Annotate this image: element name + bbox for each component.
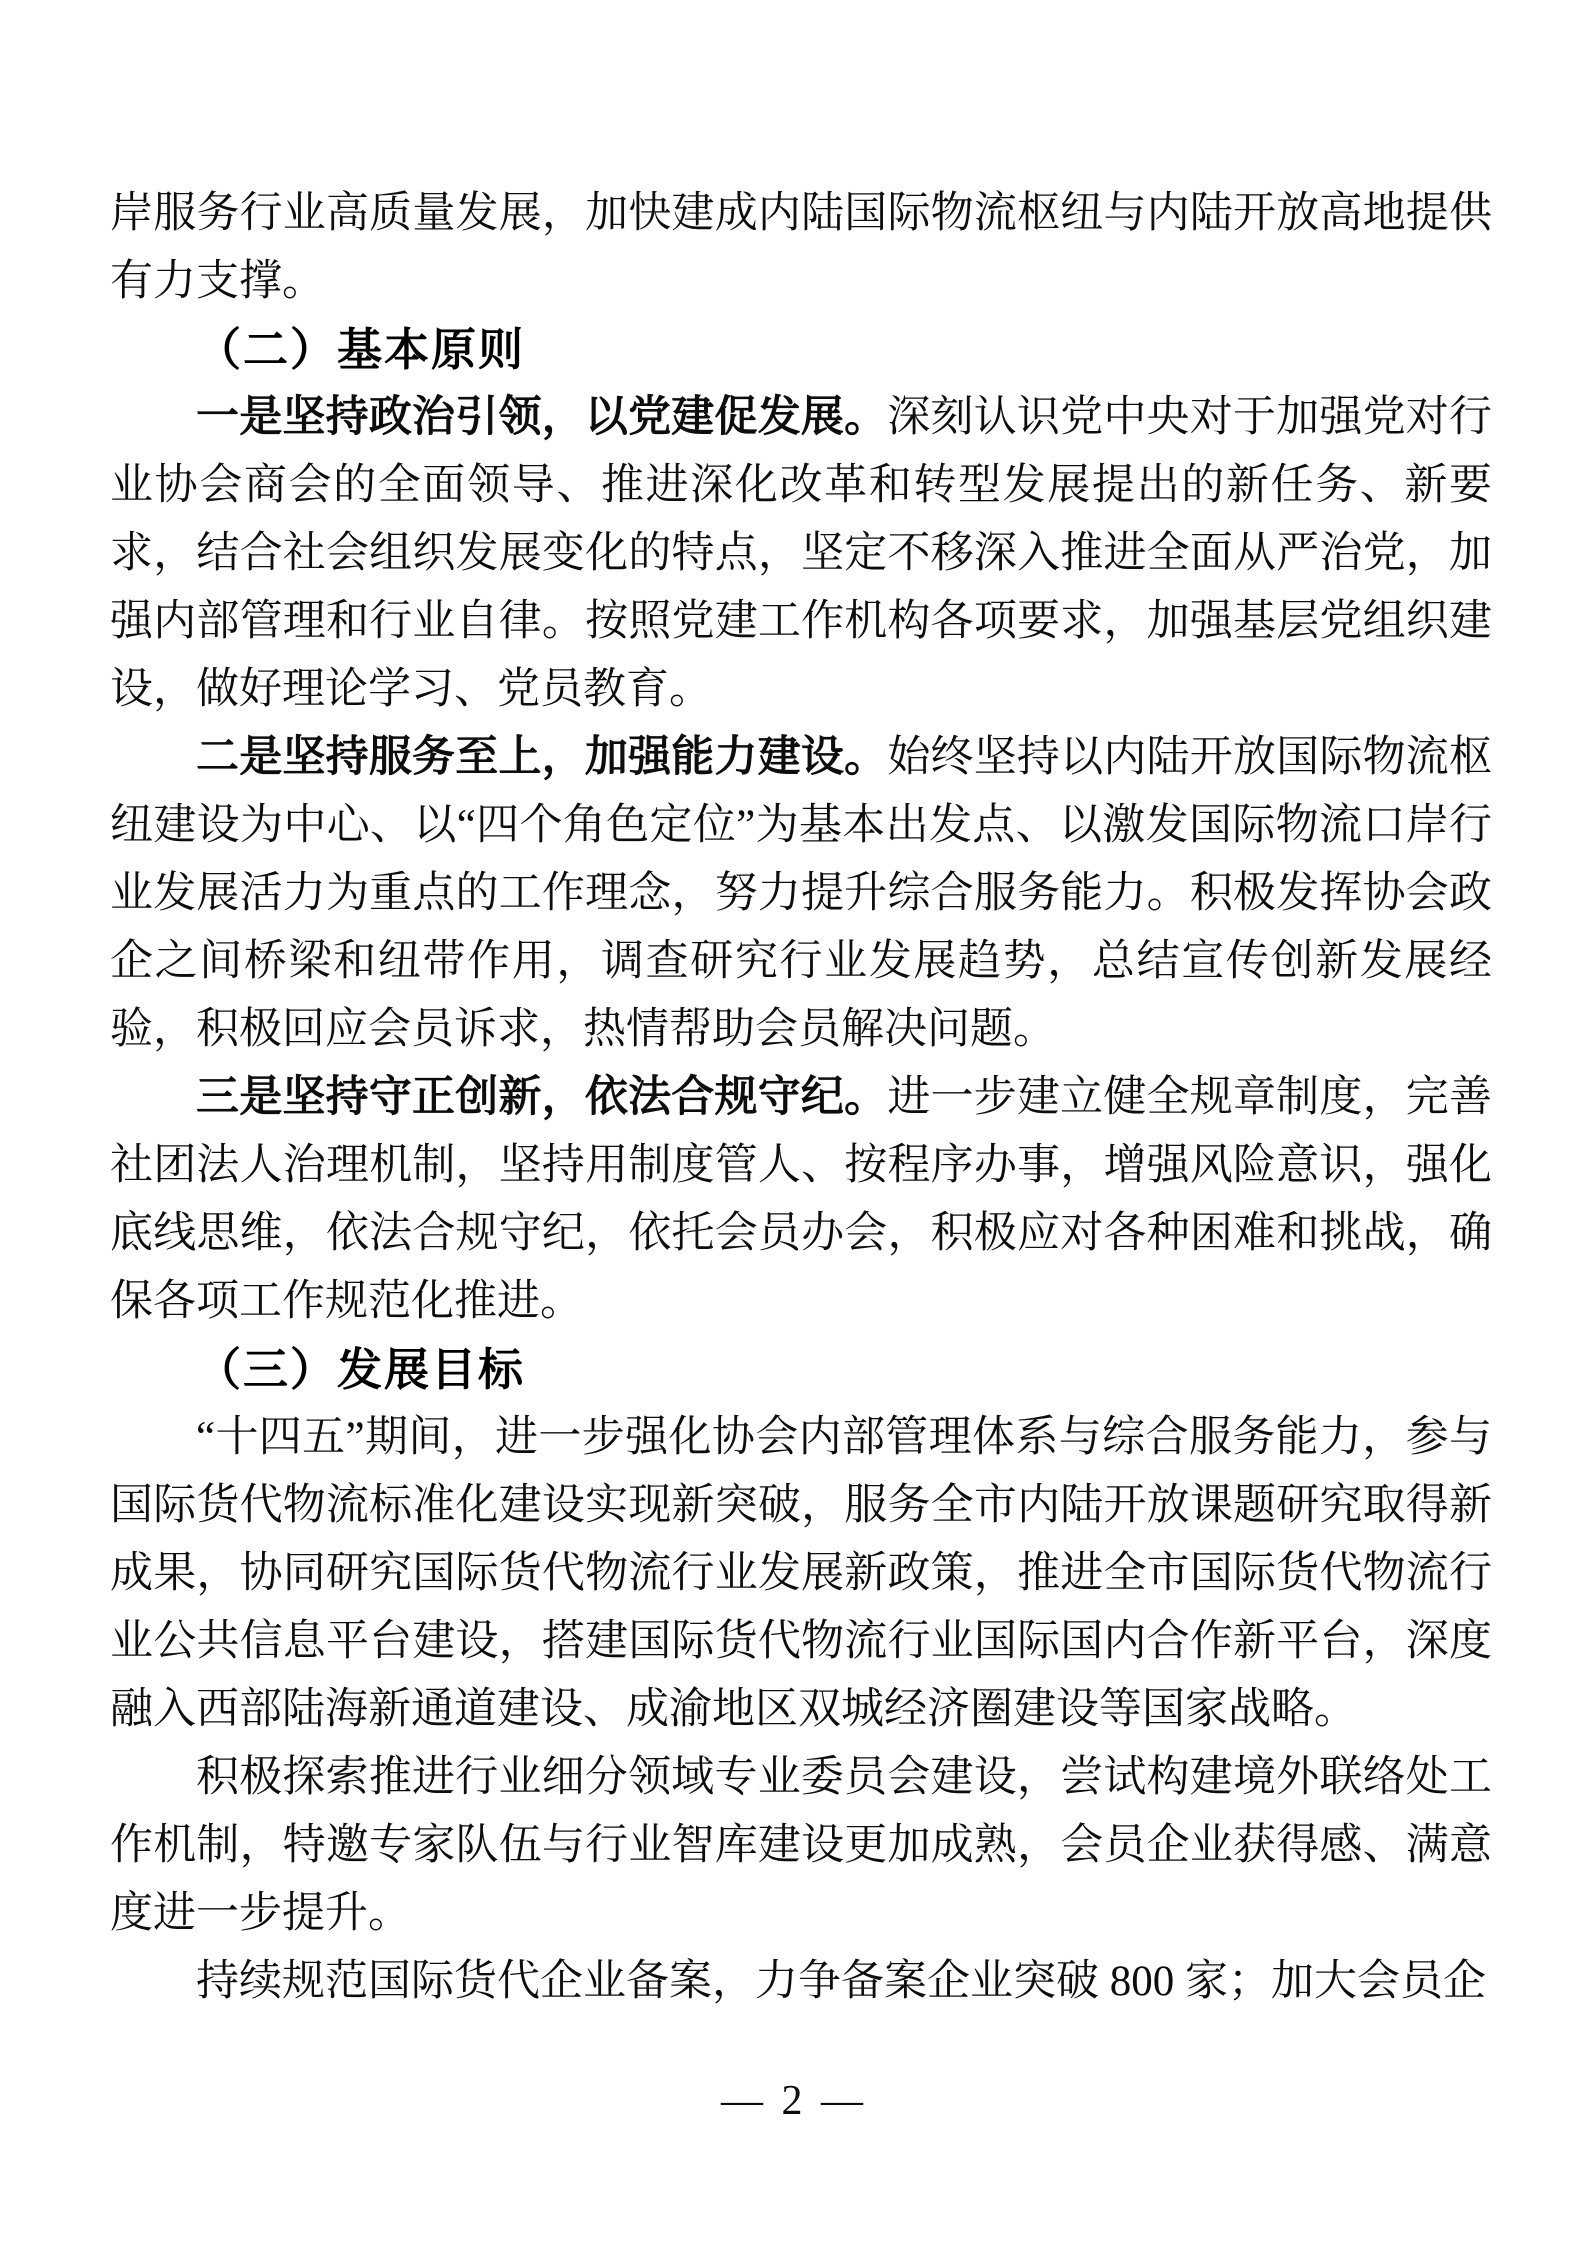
paragraph-continuation: 岸服务行业高质量发展，加快建成内陆国际物流枢纽与内陆开放高地提供有力支撑。 <box>110 180 1492 316</box>
page-body: 岸服务行业高质量发展，加快建成内陆国际物流枢纽与内陆开放高地提供有力支撑。 （二… <box>110 180 1492 2016</box>
page-number: — 2 — <box>0 2076 1588 2126</box>
paragraph-filing-target: 持续规范国际货代企业备案，力争备案企业突破 800 家；加大会员企 <box>110 1948 1492 2016</box>
paragraph-second-principle: 二是坚持服务至上，加强能力建设。始终坚持以内陆开放国际物流枢纽建设为中心、以“四… <box>110 724 1492 1064</box>
paragraph-14th-five-year: “十四五”期间，进一步强化协会内部管理体系与综合服务能力，参与国际货代物流标准化… <box>110 1404 1492 1744</box>
paragraph-text: 深刻认识党中央对于加强党对行业协会商会的全面领导、推进深化改革和转型发展提出的新… <box>110 394 1492 713</box>
section-heading-basic-principles: （二）基本原则 <box>110 316 1492 384</box>
paragraph-first-principle: 一是坚持政治引领，以党建促发展。深刻认识党中央对于加强党对行业协会商会的全面领导… <box>110 384 1492 724</box>
paragraph-lead: 一是坚持政治引领，以党建促发展。 <box>196 394 887 441</box>
paragraph-committee-building: 积极探索推进行业细分领域专业委员会建设，尝试构建境外联络处工作机制，特邀专家队伍… <box>110 1744 1492 1948</box>
paragraph-text: 始终坚持以内陆开放国际物流枢纽建设为中心、以“四个角色定位”为基本出发点、以激发… <box>110 734 1492 1053</box>
paragraph-lead: 二是坚持服务至上，加强能力建设。 <box>196 734 887 781</box>
document-page: 岸服务行业高质量发展，加快建成内陆国际物流枢纽与内陆开放高地提供有力支撑。 （二… <box>0 0 1588 2245</box>
section-heading-development-goals: （三）发展目标 <box>110 1336 1492 1404</box>
paragraph-third-principle: 三是坚持守正创新，依法合规守纪。进一步建立健全规章制度，完善社团法人治理机制，坚… <box>110 1064 1492 1336</box>
paragraph-lead: 三是坚持守正创新，依法合规守纪。 <box>196 1074 887 1121</box>
